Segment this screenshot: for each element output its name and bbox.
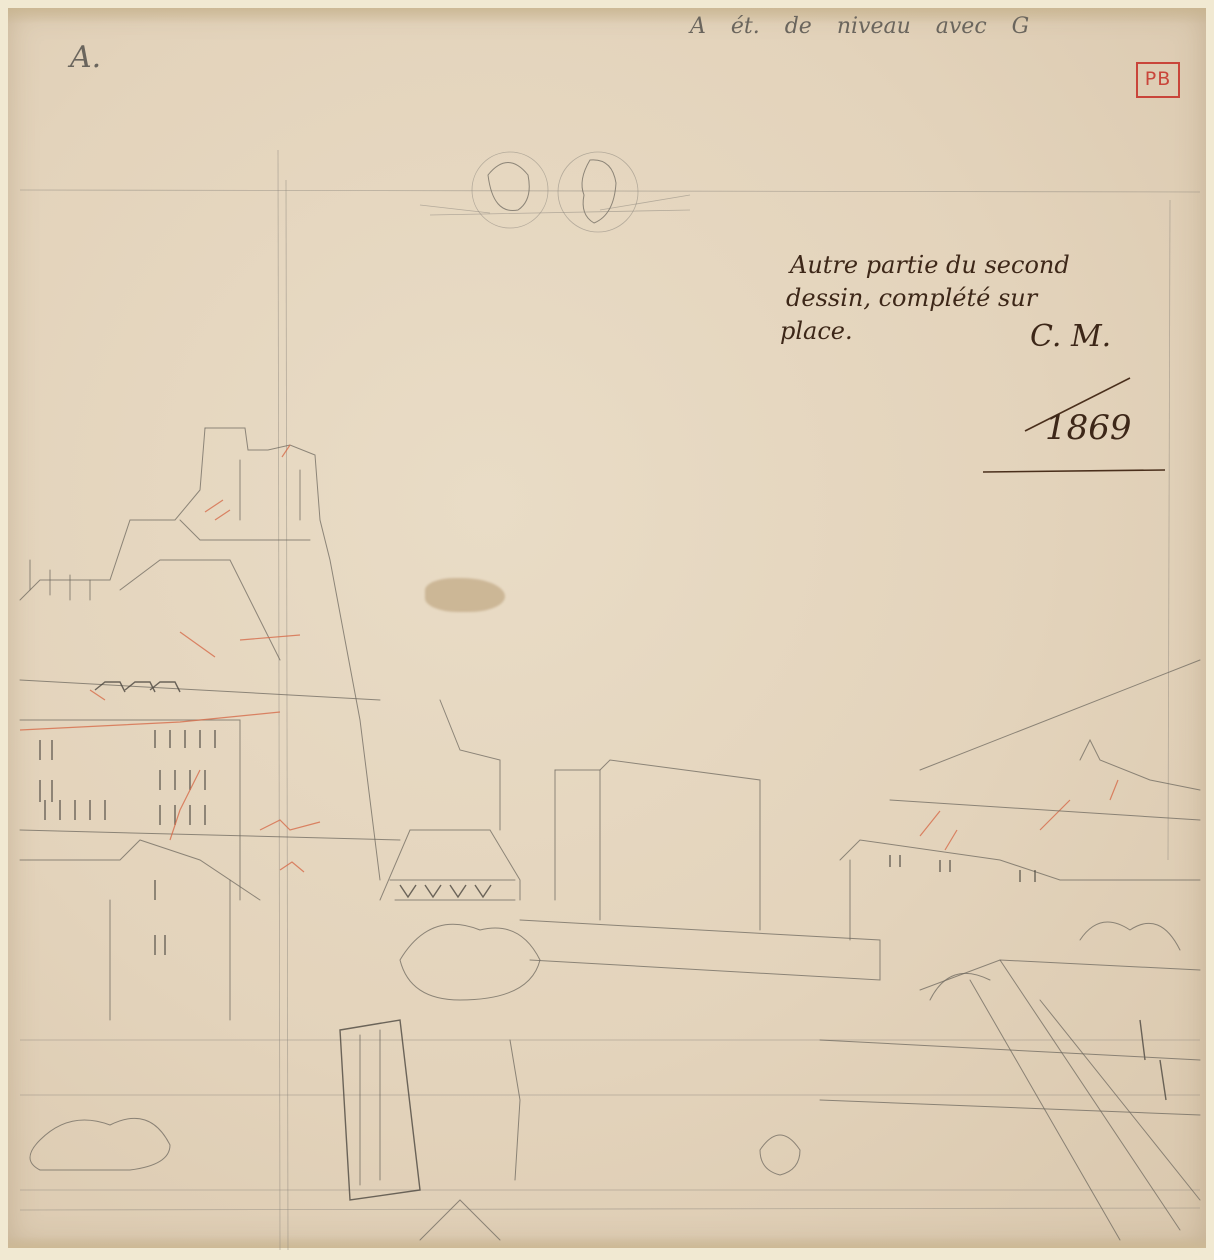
sketch-drawing xyxy=(0,0,1214,1260)
inscription-line-2: dessin, complété sur xyxy=(786,285,1037,311)
right-buildings xyxy=(820,660,1200,1240)
collector-stamp: PB xyxy=(1136,62,1180,98)
inscription-line-1: Autre partie du second xyxy=(790,252,1070,278)
inscription-line-3: place. xyxy=(780,318,853,344)
signature: C. M. xyxy=(1030,320,1111,353)
top-pencil-note: A ét. de niveau avec G xyxy=(690,14,1029,39)
date: 1869 xyxy=(1045,410,1132,447)
corner-letter: A. xyxy=(70,40,101,75)
central-buildings xyxy=(340,700,880,1240)
left-building-cluster xyxy=(20,428,400,1170)
medallion-portraits xyxy=(420,152,690,232)
